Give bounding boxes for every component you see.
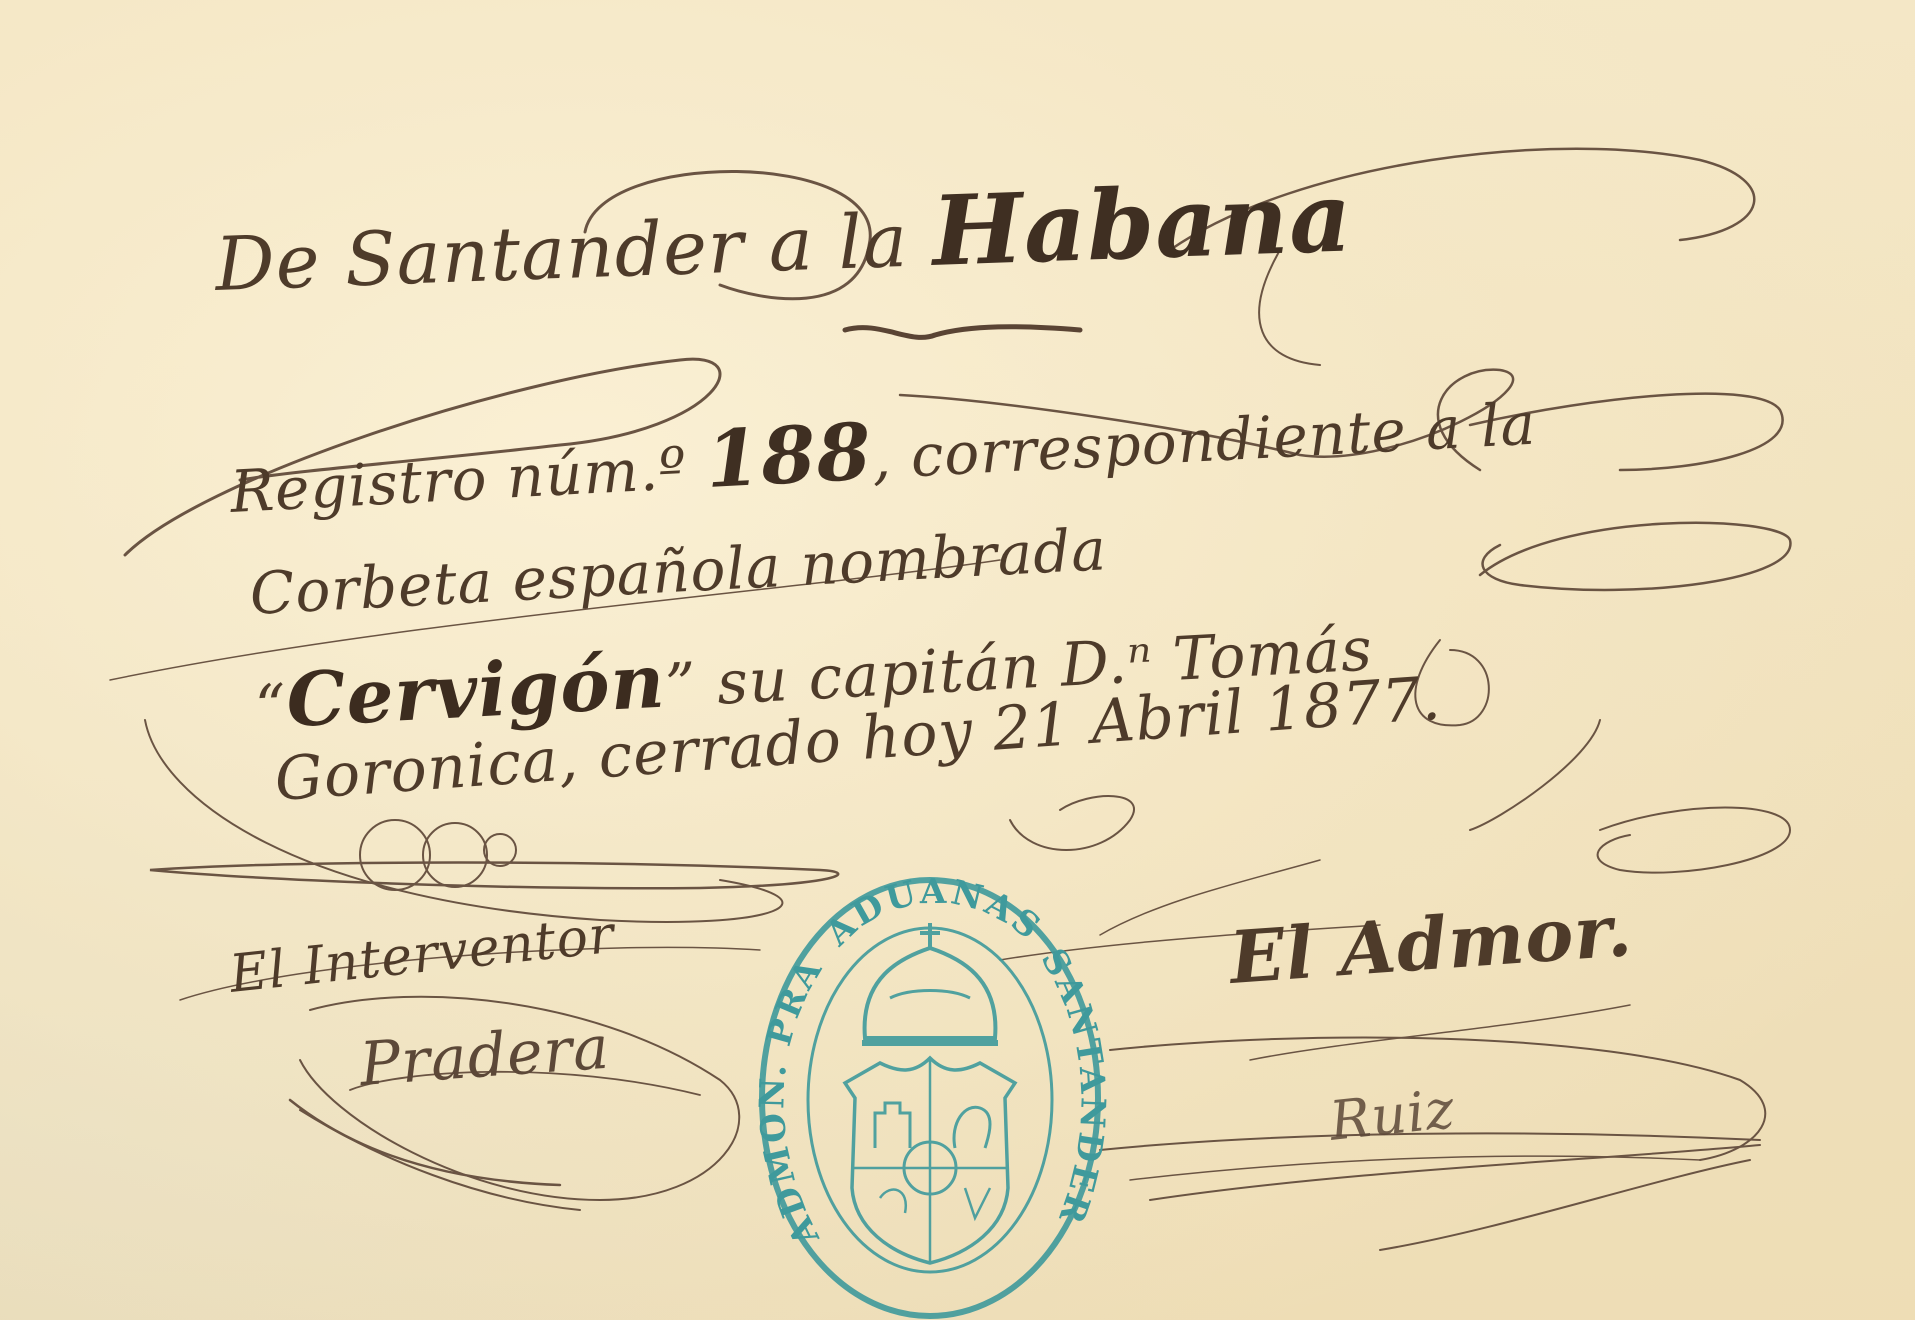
signature-right: Ruiz	[1327, 1077, 1458, 1153]
customs-stamp: ADMON. PRAL. DE ADUANAS DE SANTANDER	[750, 868, 1110, 1320]
customs-seal-icon: ADMON. PRAL. DE ADUANAS DE SANTANDER	[750, 868, 1110, 1320]
document-page: De Santander a la Habana Registro núm.º …	[0, 0, 1915, 1320]
quote-open: “	[253, 671, 288, 743]
register-number: 188	[704, 406, 874, 506]
stamp-ring-right: SANTANDER	[1033, 942, 1110, 1231]
heading-destination: Habana	[930, 160, 1354, 288]
heading-prefix: De Santander a la	[214, 197, 934, 308]
